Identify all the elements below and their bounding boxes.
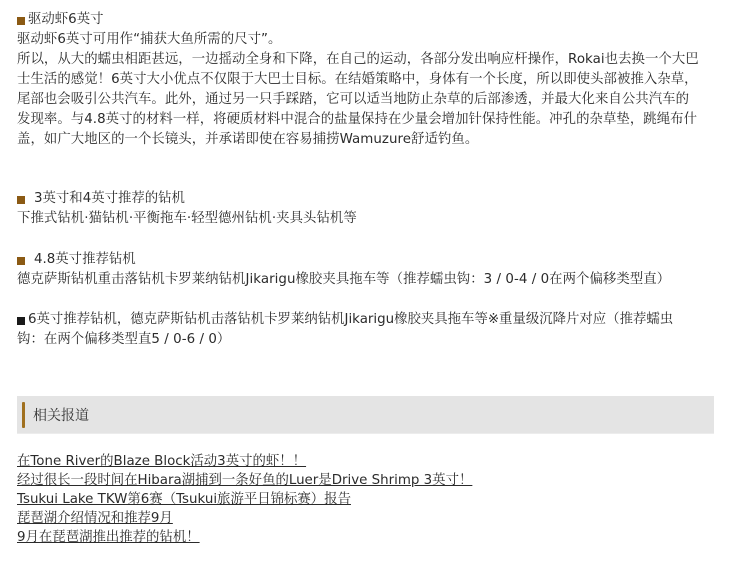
section-heading: 驱动虾6英寸: [17, 10, 699, 30]
paragraph-line: 德克萨斯钻机重击落钻机卡罗莱纳钻机Jikarigu橡胶夹具拖车等（推荐蠕虫钩：3…: [17, 270, 670, 290]
square-bullet-icon: [17, 317, 25, 325]
section-drive-shrimp-6inch: 驱动虾6英寸 驱动虾6英寸可用作“捕获大鱼所需的尺寸”。 所以，从大的蠕虫相距甚…: [17, 10, 699, 150]
related-link[interactable]: Tsukui Lake TKW第6赛（Tsukui旅游平日锦标赛）报告: [17, 490, 472, 509]
square-bullet-icon: [17, 196, 25, 204]
section-heading-text: 4.8英寸推荐钻机: [34, 250, 136, 270]
accent-bar-icon: [22, 402, 25, 428]
section-3-4inch-rigs: 3英寸和4英寸推荐的钻机 下推式钻机·猫钻机·平衡拖车·轻型德州钻机·夹具头钻机…: [17, 189, 357, 229]
paragraph-line: 驱动虾6英寸可用作“捕获大鱼所需的尺寸”。: [17, 30, 699, 50]
paragraph-line: 钩：在两个偏移类型直5 / 0-6 / 0）: [17, 330, 673, 350]
section-heading-text: 6英寸推荐钻机，德克萨斯钻机击落钻机卡罗莱纳钻机Jikarigu橡胶夹具拖车等※…: [28, 310, 673, 330]
related-reports-header: 相关报道: [17, 396, 714, 434]
section-heading-text: 3英寸和4英寸推荐的钻机: [34, 189, 185, 209]
section-6inch-rigs: 6英寸推荐钻机，德克萨斯钻机击落钻机卡罗莱纳钻机Jikarigu橡胶夹具拖车等※…: [17, 310, 673, 350]
related-link[interactable]: 琵琶湖介绍情况和推荐9月: [17, 509, 472, 528]
related-link[interactable]: 在Tone River的Blaze Block活动3英寸的虾！！: [17, 452, 472, 471]
paragraph-line: 所以，从大的蠕虫相距甚远，一边摇动全身和下降，在自己的运动，各部分发出响应杆操作…: [17, 50, 699, 70]
paragraph-line: 发现率。与4.8英寸的材料一样，将硬质材料中混合的盐量保持在少量会增加针保持性能…: [17, 110, 699, 130]
square-bullet-icon: [17, 17, 25, 25]
square-bullet-icon: [17, 257, 25, 265]
section-heading-text: 驱动虾6英寸: [28, 10, 103, 30]
section-heading: 3英寸和4英寸推荐的钻机: [17, 189, 357, 209]
section-heading: 4.8英寸推荐钻机: [17, 250, 670, 270]
section-4-8inch-rigs: 4.8英寸推荐钻机 德克萨斯钻机重击落钻机卡罗莱纳钻机Jikarigu橡胶夹具拖…: [17, 250, 670, 290]
related-reports-title: 相关报道: [33, 405, 89, 425]
related-link[interactable]: 经过很长一段时间在Hibara湖捕到一条好鱼的Luer是Drive Shrimp…: [17, 471, 472, 490]
related-link[interactable]: 9月在琵琶湖推出推荐的钻机！: [17, 528, 472, 547]
related-links-list: 在Tone River的Blaze Block活动3英寸的虾！！ 经过很长一段时…: [17, 452, 472, 547]
section-heading: 6英寸推荐钻机，德克萨斯钻机击落钻机卡罗莱纳钻机Jikarigu橡胶夹具拖车等※…: [17, 310, 673, 330]
paragraph-line: 士生活的感觉！6英寸大小优点不仅限于大巴士目标。在结婚策略中，身体有一个长度，所…: [17, 70, 699, 90]
paragraph-line: 下推式钻机·猫钻机·平衡拖车·轻型德州钻机·夹具头钻机等: [17, 209, 357, 229]
paragraph-line: 尾部也会吸引公共汽车。此外，通过另一只手踩踏，它可以适当地防止杂草的后部渗透，并…: [17, 90, 699, 110]
paragraph-line: 盖，如广大地区的一个长镜头，并承诺即使在容易捕捞Wamuzure舒适钓鱼。: [17, 130, 699, 150]
